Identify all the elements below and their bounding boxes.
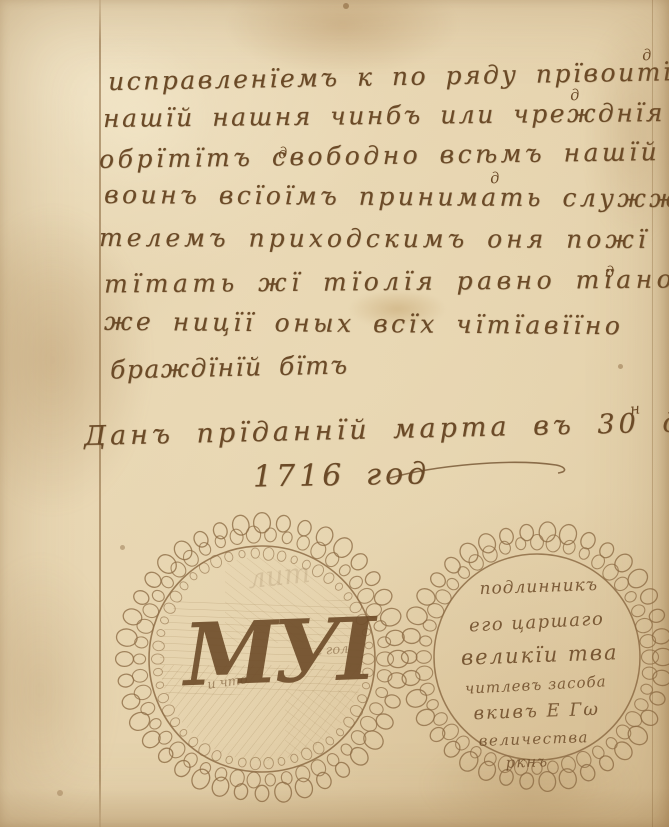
seal-text-line: его царшаго bbox=[469, 608, 605, 636]
right-seal: подлинникъ его царшаго великїи тва читле… bbox=[401, 521, 669, 792]
seal-text-line: подлинникъ bbox=[479, 575, 598, 599]
seal-text-line: величества bbox=[478, 728, 589, 750]
seal-text-line: вкивъ Е Гω bbox=[473, 699, 600, 724]
left-seal: лит МУІ и что г гол bbox=[115, 513, 408, 810]
seal-ghost-text: лит bbox=[246, 556, 312, 595]
seals-drawing: лит МУІ и что г гол подлинникъ его царша… bbox=[0, 0, 669, 827]
seal-text-line: великїи тва bbox=[461, 640, 619, 669]
seal-caption: г гол bbox=[315, 642, 349, 659]
manuscript-page: исправленїемъ к по ряду прївоитїи нашїй … bbox=[0, 0, 669, 827]
seal-text-line: ркнъ bbox=[505, 752, 548, 771]
seal-text-line: читлевъ засоба bbox=[464, 672, 607, 697]
